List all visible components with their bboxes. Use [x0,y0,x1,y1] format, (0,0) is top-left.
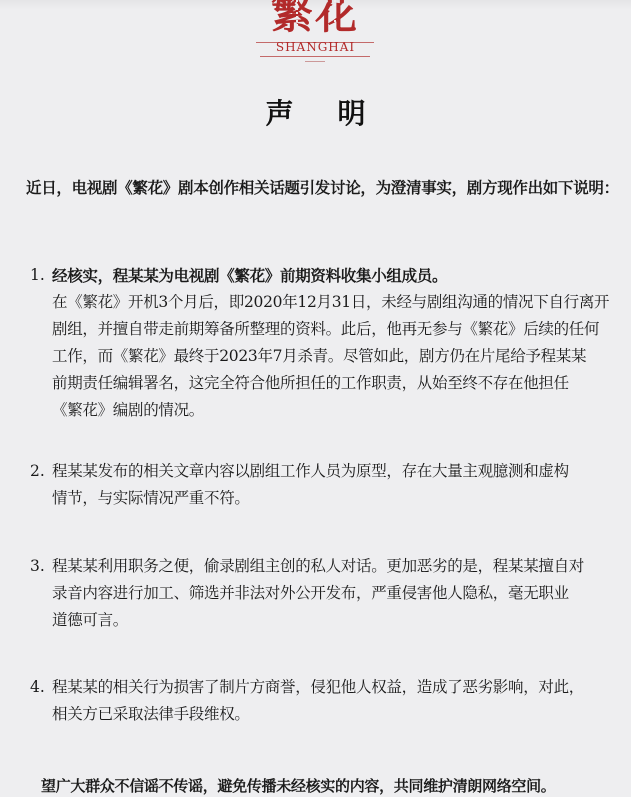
item-line: 程某某发布的相关文章内容以剧组工作人员为原型，存在大量主观臆测和虚构 [52,458,610,485]
item-line: 录音内容进行加工、筛选并非法对外公开发布，严重侵害他人隐私，毫无职业 [52,580,610,607]
item-number: 2. [30,458,52,485]
logo-rule [260,56,370,57]
item-line: 工作，而《繁花》最终于2023年7月杀青。尽管如此，剧方仍在片尾给予程某某 [52,343,610,370]
logo-decoration [296,0,298,38]
statement-item-4: 4. 程某某的相关行为损害了制片方商誉，侵犯他人权益，造成了恶劣影响，对此， 相… [30,674,610,728]
item-line: 《繁花》编剧的情况。 [52,397,610,424]
item-number: 4. [30,674,52,701]
logo-subtitle: SHANGHAI [248,40,383,54]
item-line: 前期责任编辑署名，这完全符合他所担任的工作职责，从始至终不存在他担任 [52,370,610,397]
item-line: 道德可言。 [52,607,610,634]
item-line: 相关方已采取法律手段维权。 [52,701,610,728]
logo-title: 繁花 [250,0,380,42]
item-line: 程某某的相关行为损害了制片方商誉，侵犯他人权益，造成了恶劣影响，对此， [52,674,610,701]
item-line: 程某某利用职务之便，偷录剧组主创的私人对话。更加恶劣的是，程某某擅自对 [52,553,610,580]
item-line: 在《繁花》开机3个月后，即2020年12月31日，未经与剧组沟通的情况下自行离开 [52,289,610,316]
intro-paragraph: 近日，电视剧《繁花》剧本创作相关话题引发讨论，为澄清事实，剧方现作出如下说明： [26,176,626,198]
item-number: 3. [30,553,52,580]
document-title: 声明 [0,92,631,132]
statement-item-1: 1. 经核实，程某某为电视剧《繁花》前期资料收集小组成员。 在《繁花》开机3个月… [30,262,610,424]
closing-paragraph: 望广大群众不信谣不传谣，避免传播未经核实的内容，共同维护清朗网络空间。 [41,775,621,796]
item-line: 经核实，程某某为电视剧《繁花》前期资料收集小组成员。 [52,262,610,289]
statement-item-2: 2. 程某某发布的相关文章内容以剧组工作人员为原型，存在大量主观臆测和虚构 情节… [30,458,610,512]
item-line: 情节，与实际情况严重不符。 [52,485,610,512]
item-number: 1. [30,262,52,289]
fanhua-logo: 繁花 SHANGHAI [248,0,383,62]
item-line: 剧组，并擅自带走前期筹备所整理的资料。此后，他再无参与《繁花》后续的任何 [52,316,610,343]
logo-decoration [334,0,336,38]
logo-rule [305,61,325,62]
statement-item-3: 3. 程某某利用职务之便，偷录剧组主创的私人对话。更加恶劣的是，程某某擅自对 录… [30,553,610,634]
